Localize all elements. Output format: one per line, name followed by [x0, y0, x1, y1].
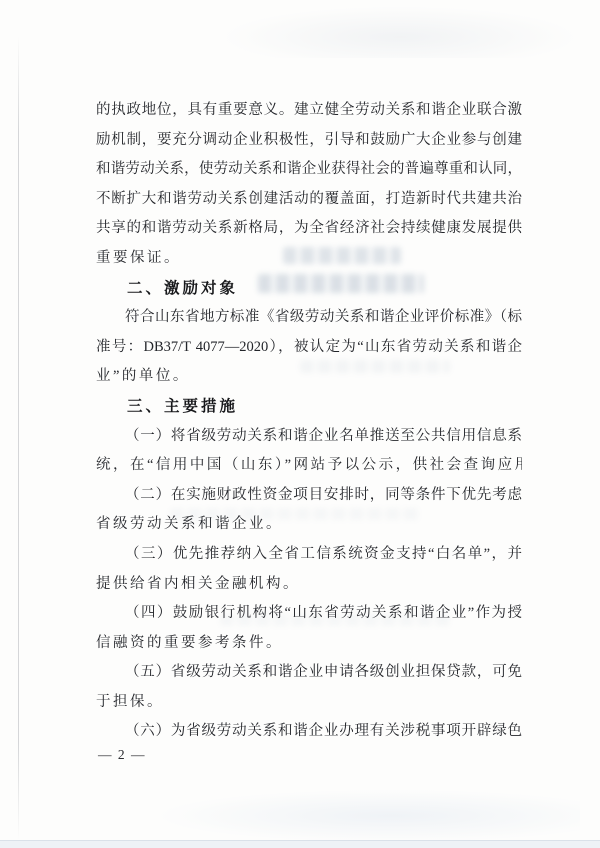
text-line: 共享的和谐劳动关系新格局，为全省经济社会持续健康发展提供	[96, 214, 522, 244]
paper-fold-edge	[18, 36, 19, 840]
text-line: （四）鼓励银行机构将“山东省劳动关系和谐企业”作为授	[96, 599, 522, 629]
text-line: 提供给省内相关金融机构。	[96, 570, 522, 600]
text-line: 于担保。	[96, 688, 522, 718]
text-line: 励机制，要充分调动企业积极性，引导和鼓励广大企业参与创建	[96, 126, 522, 156]
text-line: （一）将省级劳动关系和谐企业名单推送至公共信用信息系	[96, 422, 522, 452]
text-line: 统，在“信用中国（山东）”网站予以公示，供社会查询应用。	[96, 451, 522, 481]
section-heading: 二、激励对象	[96, 274, 522, 304]
text-line: （二）在实施财政性资金项目安排时，同等条件下优先考虑	[96, 481, 522, 511]
text-line: 和谐劳动关系，使劳动关系和谐企业获得社会的普遍尊重和认同，	[96, 155, 522, 185]
paper-bottom-edge	[0, 840, 600, 848]
scan-smudge-bottom	[160, 790, 580, 842]
page-number: — 2 —	[98, 747, 146, 763]
text-line: 的执政地位，具有重要意义。建立健全劳动关系和谐企业联合激	[96, 96, 522, 126]
text-line: 准号：DB37/T 4077—2020），被认定为“山东省劳动关系和谐企	[96, 333, 522, 363]
text-line: 业”的单位。	[96, 362, 522, 392]
text-line: 重要保证。	[96, 244, 522, 274]
text-line: 不断扩大和谐劳动关系创建活动的覆盖面，打造新时代共建共治	[96, 185, 522, 215]
document-body: 的执政地位，具有重要意义。建立健全劳动关系和谐企业联合激励机制，要充分调动企业积…	[96, 96, 522, 747]
text-line: （六）为省级劳动关系和谐企业办理有关涉税事项开辟绿色	[96, 717, 522, 747]
text-line: （三）优先推荐纳入全省工信系统资金支持“白名单”，并	[96, 540, 522, 570]
text-line: 信融资的重要参考条件。	[96, 629, 522, 659]
scanned-page: 的执政地位，具有重要意义。建立健全劳动关系和谐企业联合激励机制，要充分调动企业积…	[0, 0, 600, 848]
section-heading: 三、主要措施	[96, 392, 522, 422]
text-line: 符合山东省地方标准《省级劳动关系和谐企业评价标准》（标	[96, 303, 522, 333]
text-line: （五）省级劳动关系和谐企业申请各级创业担保贷款，可免	[96, 658, 522, 688]
scan-smudge-top	[220, 6, 580, 58]
text-line: 省级劳动关系和谐企业。	[96, 510, 522, 540]
